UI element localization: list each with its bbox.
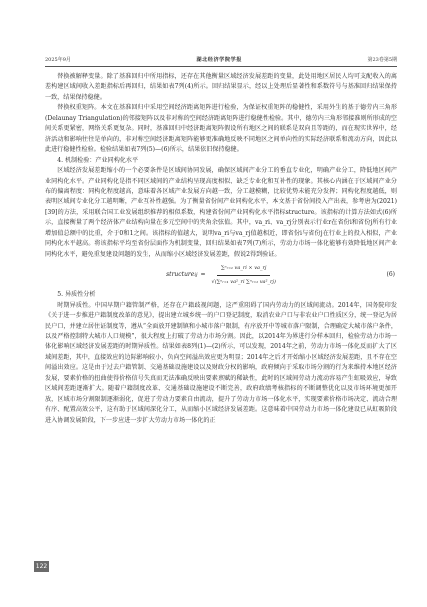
- volume-issue: 第23卷第5期: [367, 56, 397, 63]
- paragraph-replace-dependent-variable: 替换被解释变量。除了基准回归中所用指标，还存在其他衡量区域经济发展差距的变量，此…: [45, 72, 397, 103]
- paragraph-industrial-isomorphism: 区域经济发展差距缩小的一个必要条件是区域间协同发展，确保区域间产业分工的垂直专业…: [45, 166, 397, 260]
- section-heading-mechanism: 4. 机制检验：产业同构化水平: [45, 156, 397, 166]
- page-header: 2025年9月 湖北经济学院学报 第23卷第5期: [45, 54, 397, 67]
- section-heading-heterogeneity: 5. 异质性分析: [45, 290, 397, 300]
- formula-fraction: ∑ⁿᵣ₌₁ va_ri × va_rj √(∑ⁿᵣ₌₁ va²_ri ∑ⁿᵣ₌₁…: [212, 263, 276, 287]
- journal-title: 湖北经济学院学报: [196, 56, 242, 63]
- issue-date: 2025年9月: [45, 56, 71, 63]
- formula-numerator: ∑ⁿᵣ₌₁ va_ri × va_rj: [217, 263, 270, 275]
- paragraph-period-heterogeneity: 时期异质性。中国早期户籍管制严格，还存在户籍歧视问题，这严重阻碍了国内劳动力的区…: [45, 301, 397, 426]
- article-body: 替换被解释变量。除了基准回归中所用指标，还存在其他衡量区域经济发展差距的变量，此…: [45, 72, 397, 426]
- formula-denominator: √(∑ⁿᵣ₌₁ va²_ri ∑ⁿᵣ₌₁ va²_rj): [212, 276, 276, 287]
- page-number: 122: [34, 561, 49, 572]
- formula-lhs-subscript: ij: [194, 270, 197, 280]
- equation-number: (6): [387, 270, 396, 280]
- paragraph-replace-weight-matrix: 替换权重矩阵。本文在基准回归中采用空间经济距离矩阵进行检验，为保证权重矩阵的稳健…: [45, 103, 397, 155]
- equation-6: structureij = ∑ⁿᵣ₌₁ va_ri × va_rj √(∑ⁿᵣ₌…: [45, 260, 397, 290]
- formula-lhs: structure: [166, 270, 194, 280]
